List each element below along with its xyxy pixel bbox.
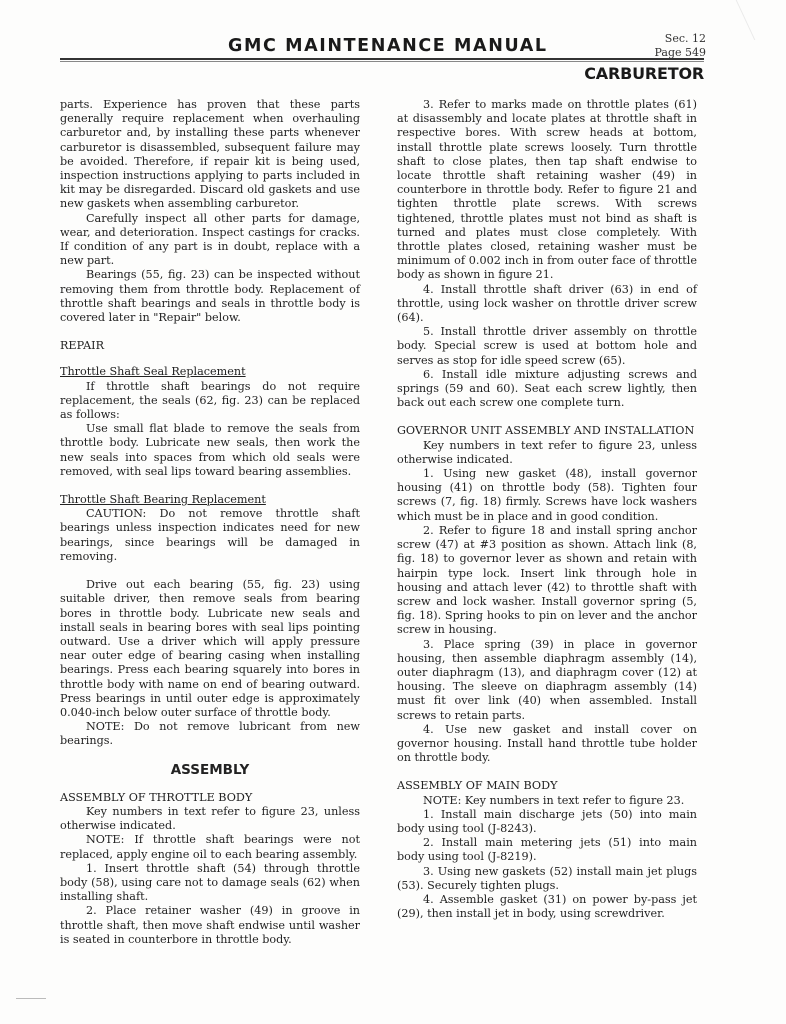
subheading-main-body: ASSEMBLY OF MAIN BODY [397,779,697,793]
section-number: Sec. 12 [654,32,706,46]
note-paragraph: NOTE: If throttle shaft bearings were no… [60,833,360,861]
page-info: Sec. 12 Page 549 [654,32,706,60]
note-paragraph: NOTE: Do not remove lubricant from new b… [60,720,360,748]
right-column: 3. Refer to marks made on throttle plate… [397,98,697,921]
step-item: 6. Install idle mixture adjusting screws… [397,368,697,411]
paragraph: Use small flat blade to remove the seals… [60,422,360,479]
subheading-throttle-body: ASSEMBLY OF THROTTLE BODY [60,791,360,805]
paragraph: Key numbers in text refer to figure 23, … [397,439,697,467]
header-rule [60,58,704,60]
paragraph: If throttle shaft bearings do not requir… [60,380,360,423]
step-item: 1. Using new gasket (48), install govern… [397,467,697,524]
step-item: 3. Place spring (39) in place in governo… [397,638,697,723]
step-item: 1. Insert throttle shaft (54) through th… [60,862,360,905]
left-column: parts. Experience has proven that these … [60,98,360,947]
paragraph: Carefully inspect all other parts for da… [60,212,360,269]
subheading-seal-replacement: Throttle Shaft Seal Replacement [60,365,360,379]
section-title: CARBURETOR [584,64,704,83]
note-paragraph: NOTE: Key numbers in text refer to figur… [397,794,697,808]
step-item: 4. Use new gasket and install cover on g… [397,723,697,766]
subheading-bearing-replacement: Throttle Shaft Bearing Replacement [60,493,360,507]
step-item: 4. Install throttle shaft driver (63) in… [397,283,697,326]
heading-repair: REPAIR [60,339,360,353]
header-rule-thin [60,61,704,62]
scan-mark [16,998,46,999]
step-item: 2. Place retainer washer (49) in groove … [60,904,360,947]
step-item: 3. Using new gaskets (52) install main j… [397,865,697,893]
paragraph: Bearings (55, fig. 23) can be inspected … [60,268,360,325]
caution-paragraph: CAUTION: Do not remove throttle shaft be… [60,507,360,564]
step-item: 2. Install main metering jets (51) into … [397,836,697,864]
heading-assembly: ASSEMBLY [60,763,360,777]
paragraph: Drive out each bearing (55, fig. 23) usi… [60,578,360,720]
step-item: 1. Install main discharge jets (50) into… [397,808,697,836]
paragraph: parts. Experience has proven that these … [60,98,360,212]
step-item: 3. Refer to marks made on throttle plate… [397,98,697,283]
page-corner-fold [736,0,786,40]
paragraph: Key numbers in text refer to figure 23, … [60,805,360,833]
manual-title: GMC MAINTENANCE MANUAL [228,36,548,56]
step-item: 4. Assemble gasket (31) on power by-pass… [397,893,697,921]
step-item: 5. Install throttle driver assembly on t… [397,325,697,368]
subheading-governor: GOVERNOR UNIT ASSEMBLY AND INSTALLATION [397,424,697,438]
step-item: 2. Refer to figure 18 and install spring… [397,524,697,638]
